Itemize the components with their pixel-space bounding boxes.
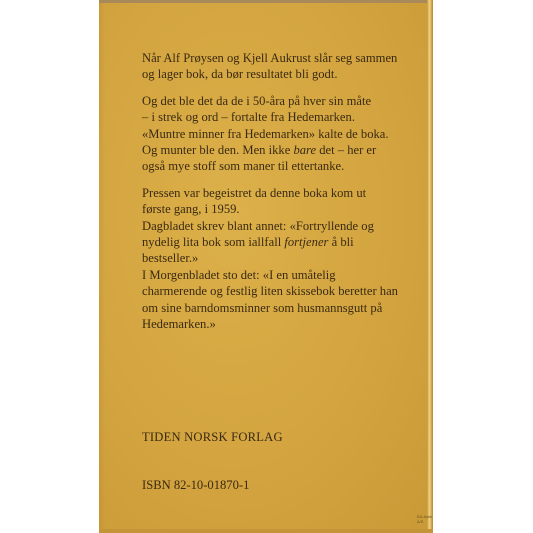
blurb-line: bestseller.» <box>142 250 432 266</box>
publisher-name: TIDEN NORSK FORLAG <box>142 430 283 445</box>
blurb-line: også mye stoff som maner til ettertanke. <box>142 158 432 174</box>
blurb-line: Dagbladet skrev blant annet: «Fortryllen… <box>142 218 432 234</box>
isbn-number: ISBN 82-10-01870-1 <box>142 478 249 493</box>
book-back-cover: Når Alf Prøysen og Kjell Aukrust slår se… <box>99 0 433 533</box>
blurb-line: om sine barndomsminner som husmannsgutt … <box>142 300 432 316</box>
blurb-line: og lager bok, da bør resultatet bli godt… <box>142 66 432 82</box>
cover-top-edge <box>99 0 433 3</box>
blurb-line: nydelig lita bok som iallfall fortjener … <box>142 234 432 250</box>
blurb-line: Pressen var begeistret da denne boka kom… <box>142 185 432 201</box>
blurb-line: «Muntre minner fra Hedemarken» kalte de … <box>142 126 432 142</box>
blurb-paragraph: Når Alf Prøysen og Kjell Aukrust slår se… <box>142 50 432 83</box>
blurb-line: – i strek og ord – fortalte fra Hedemark… <box>142 109 432 125</box>
blurb-paragraph: Pressen var begeistret da denne boka kom… <box>142 185 432 333</box>
blurb-line: Når Alf Prøysen og Kjell Aukrust slår se… <box>142 50 432 66</box>
cover-bottom-edge <box>99 529 433 533</box>
printer-mark: EA-trykk A/S <box>417 514 433 524</box>
blurb-paragraph: Og det ble det da de i 50-åra på hver si… <box>142 93 432 175</box>
blurb-line: I Morgenbladet sto det: «I en umåtelig <box>142 267 432 283</box>
blurb-line: Og det ble det da de i 50-åra på hver si… <box>142 93 432 109</box>
blurb-text: Når Alf Prøysen og Kjell Aukrust slår se… <box>142 50 432 343</box>
blurb-line: Og munter ble den. Men ikke bare det – h… <box>142 142 432 158</box>
blurb-line: Hedemarken.» <box>142 316 432 332</box>
blurb-line: charmerende og festlig liten skissebok b… <box>142 283 432 299</box>
blurb-line: første gang, i 1959. <box>142 201 432 217</box>
